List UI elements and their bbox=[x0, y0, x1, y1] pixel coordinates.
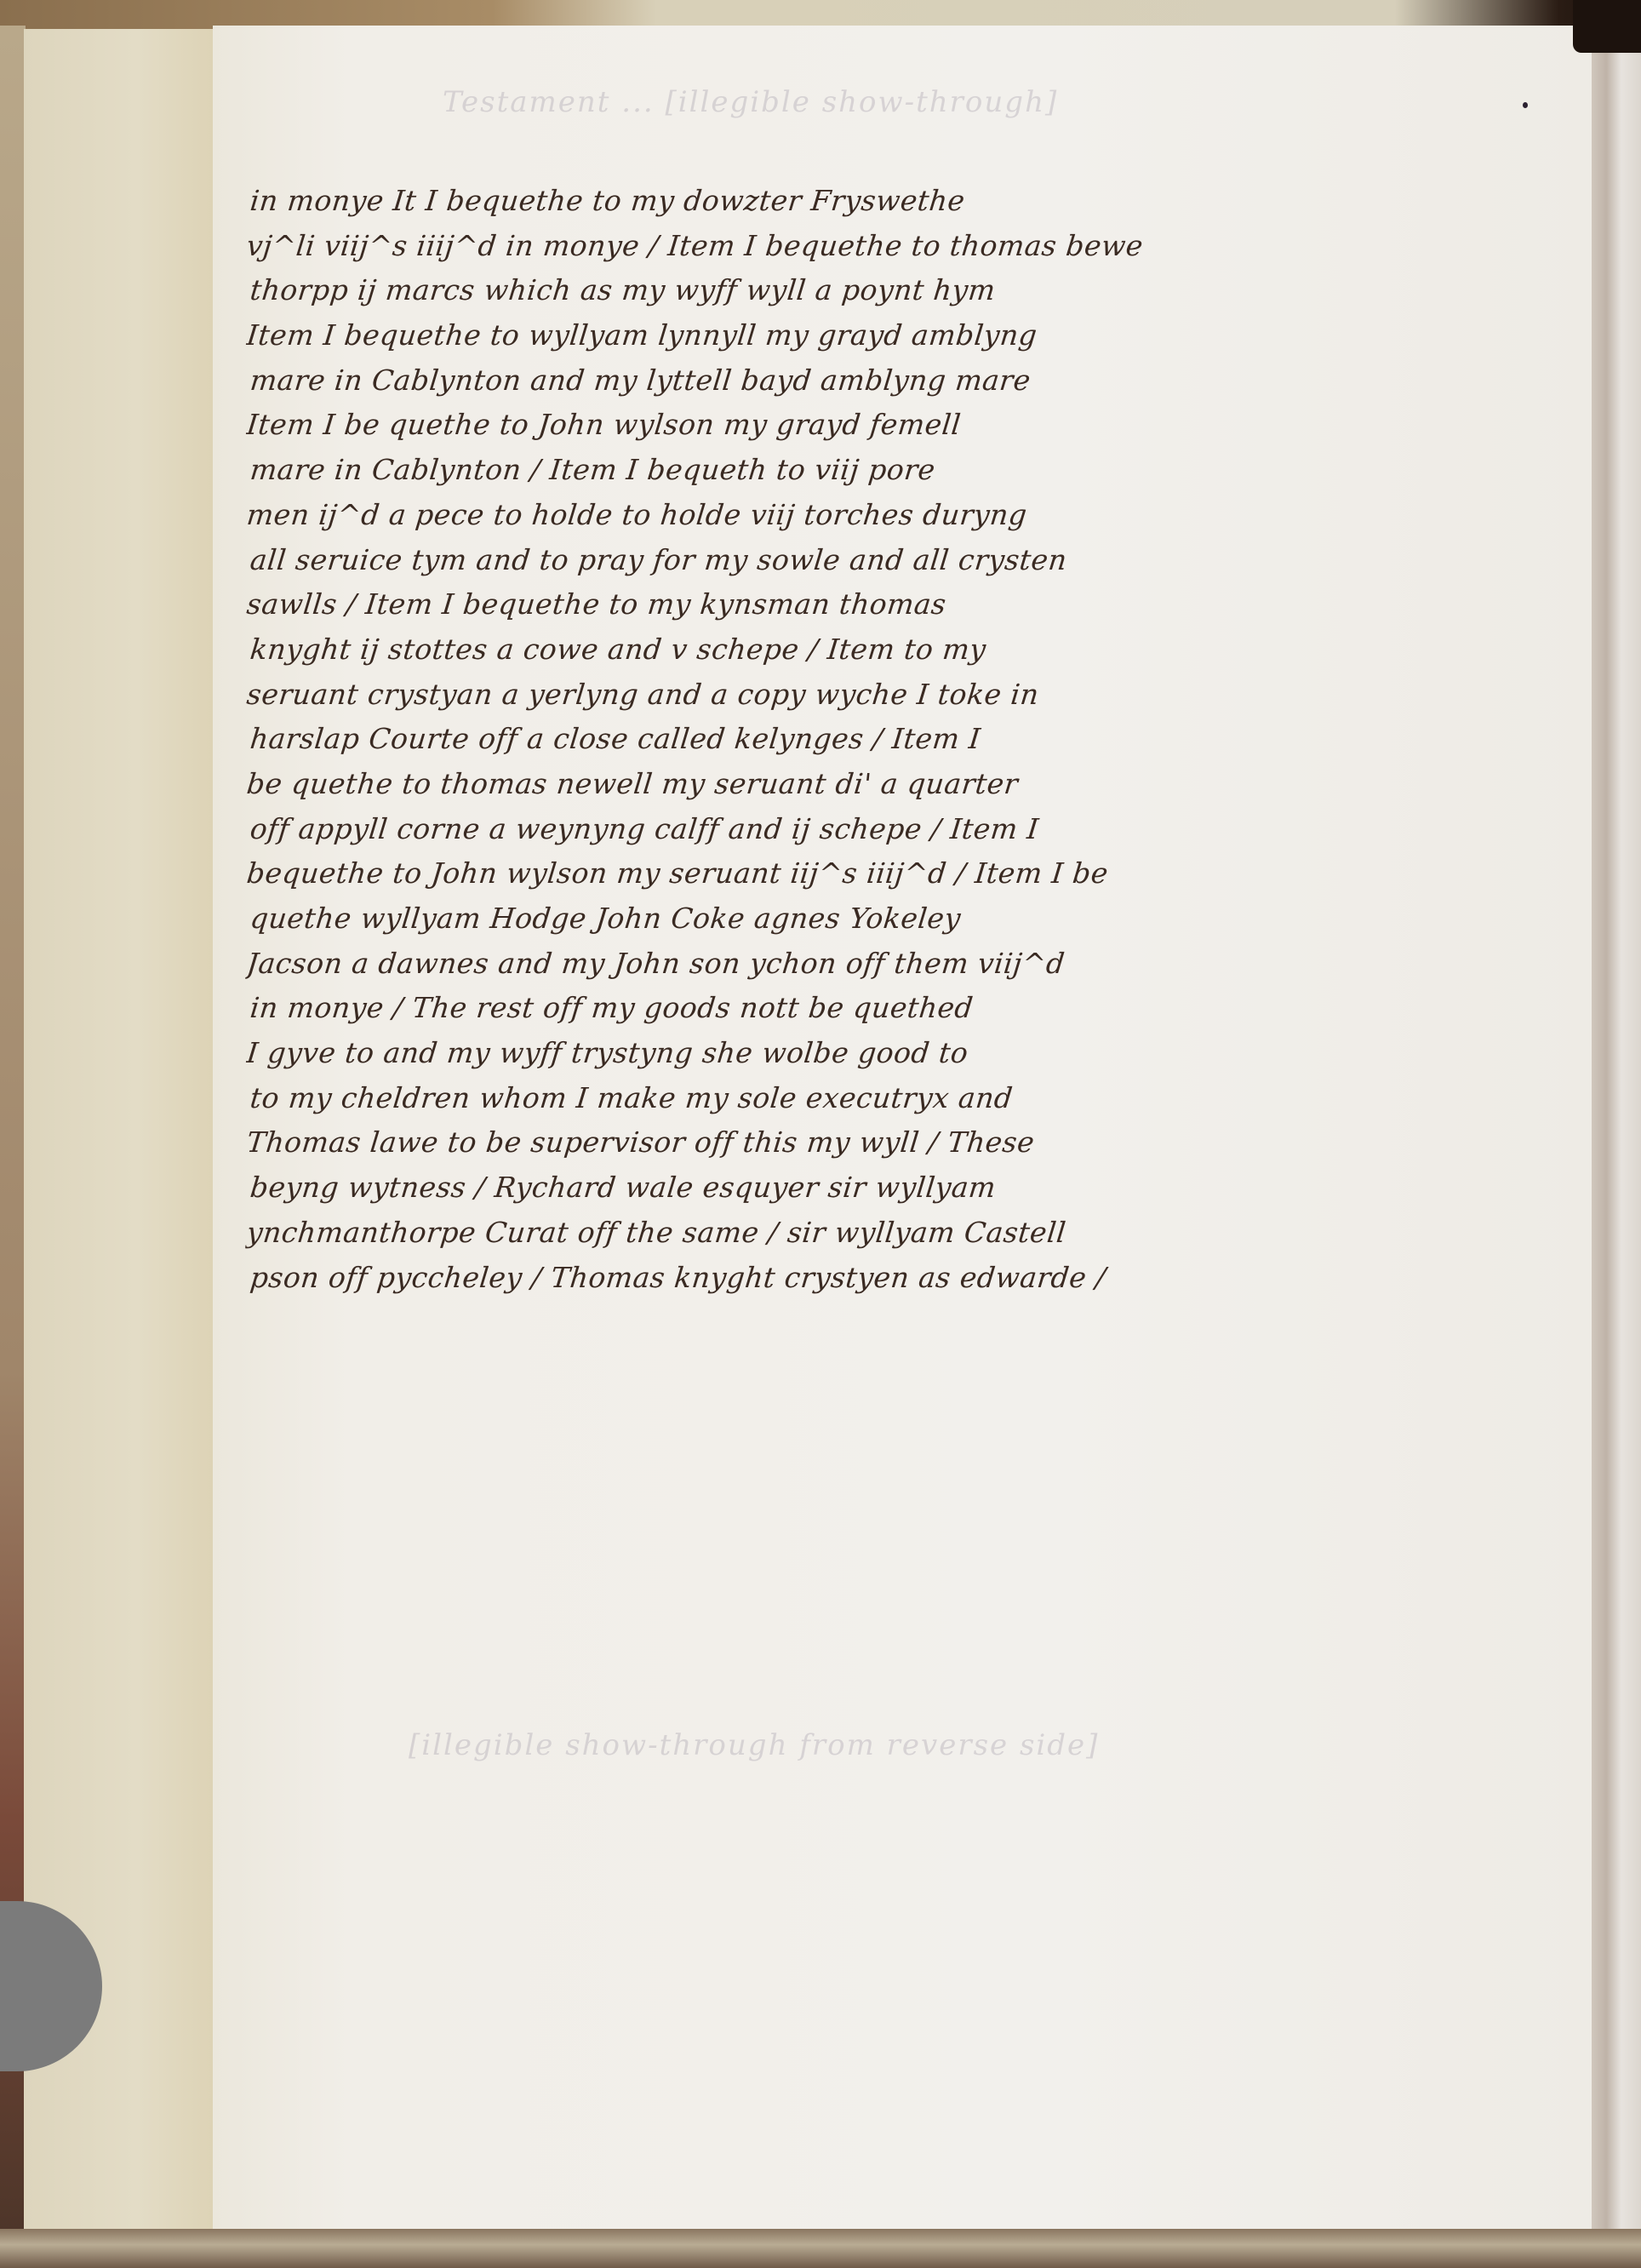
footer-showthrough: [illegible show-through from reverse sid… bbox=[409, 1728, 1099, 1762]
text-line: quethe wyllyam Hodge John Coke agnes Yok… bbox=[244, 896, 1501, 942]
book-bottom-edge bbox=[0, 2229, 1641, 2268]
text-line: I gyve to and my wyff trystyng she wolbe… bbox=[244, 1031, 1501, 1076]
binding-corner bbox=[1573, 0, 1641, 53]
text-line: sawlls / Item I bequethe to my kynsman t… bbox=[244, 582, 1501, 627]
text-line: thorpp ij marcs which as my wyff wyll a … bbox=[244, 268, 1501, 313]
text-line: men ij^d a pece to holde to holde viij t… bbox=[244, 493, 1501, 538]
text-line: be quethe to thomas newell my seruant di… bbox=[244, 762, 1501, 807]
guard-strip bbox=[24, 29, 214, 2234]
text-line: knyght ij stottes a cowe and v schepe / … bbox=[244, 627, 1501, 673]
text-line: pson off pyccheley / Thomas knyght cryst… bbox=[244, 1256, 1501, 1301]
text-line: bequethe to John wylson my seruant iij^s… bbox=[244, 851, 1501, 896]
text-line: Item I be quethe to John wylson my grayd… bbox=[244, 403, 1501, 448]
text-line: harslap Courte off a close called kelyng… bbox=[244, 717, 1501, 762]
text-line: Item I bequethe to wyllyam lynnyll my gr… bbox=[244, 313, 1501, 358]
text-line: Thomas lawe to be supervisor off this my… bbox=[244, 1120, 1501, 1165]
text-line: in monye It I bequethe to my dowzter Fry… bbox=[244, 179, 1501, 224]
text-line: vj^li viij^s iiij^d in monye / Item I be… bbox=[244, 224, 1501, 269]
text-line: mare in Cablynton / Item I bequeth to vi… bbox=[244, 448, 1501, 493]
page-gutter-right bbox=[1592, 51, 1641, 2265]
text-line: Jacson a dawnes and my John son ychon of… bbox=[244, 942, 1501, 987]
text-line: off appyll corne a weynyng calff and ij … bbox=[244, 807, 1501, 852]
text-line: beyng wytness / Rychard wale esquyer sir… bbox=[244, 1165, 1501, 1211]
text-line: ynchmanthorpe Curat off the same / sir w… bbox=[244, 1211, 1501, 1256]
manuscript-text: in monye It I bequethe to my dowzter Fry… bbox=[247, 179, 1498, 1300]
text-line: mare in Cablynton and my lyttell bayd am… bbox=[244, 358, 1501, 404]
header-showthrough: Testament ... [illegible show-through] bbox=[443, 85, 1058, 119]
ink-spot bbox=[1523, 102, 1528, 108]
text-line: seruant crystyan a yerlyng and a copy wy… bbox=[244, 673, 1501, 718]
text-line: all seruice tym and to pray for my sowle… bbox=[244, 538, 1501, 583]
text-line: in monye / The rest off my goods nott be… bbox=[244, 986, 1501, 1031]
text-line: to my cheldren whom I make my sole execu… bbox=[244, 1076, 1501, 1121]
